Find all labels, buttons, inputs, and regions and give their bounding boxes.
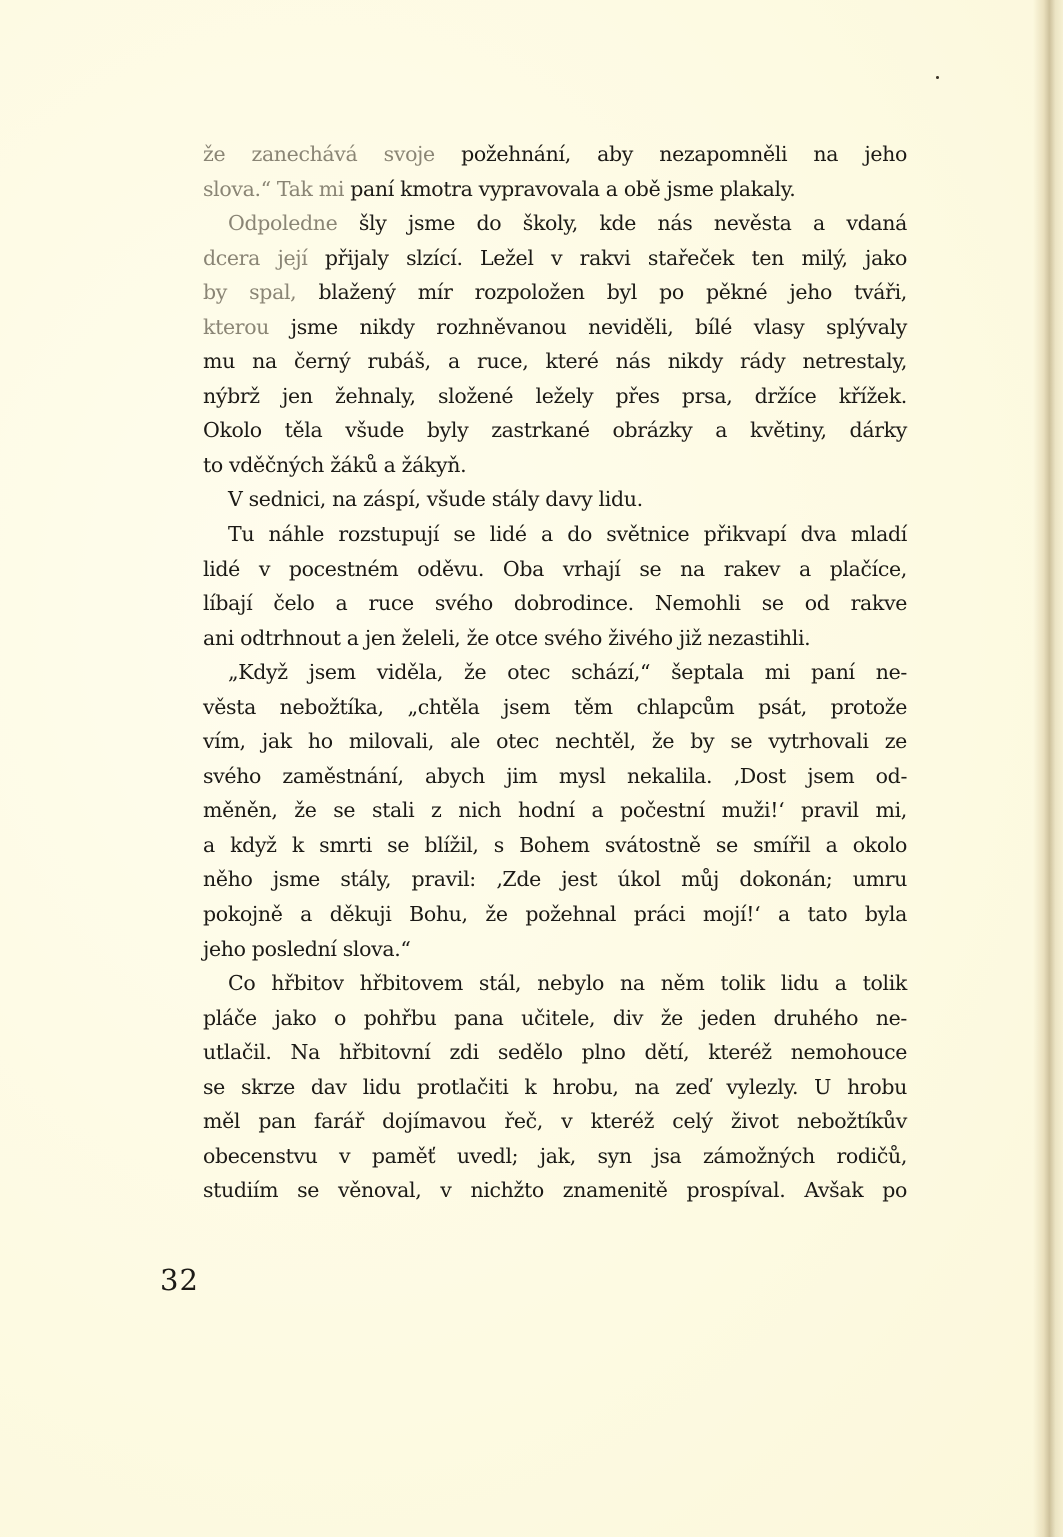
text-line: slova.“ Tak mi paní kmotra vypravovala a…: [203, 172, 907, 207]
line-text: lidé v pocestném oděvu. Oba vrhají se na…: [203, 557, 907, 581]
text-line: mu na černý rubáš, a ruce, které nás nik…: [203, 344, 907, 379]
line-text: vím, jak ho milovali, ale otec nechtěl, …: [203, 729, 907, 753]
line-text: utlačil. Na hřbitovní zdi sedělo plno dě…: [203, 1040, 907, 1064]
line-text: Tu náhle rozstupují se lidé a do světnic…: [228, 522, 907, 546]
line-text: líbají čelo a ruce svého dobrodince. Nem…: [203, 591, 907, 615]
text-line: lidé v pocestném oděvu. Oba vrhají se na…: [203, 552, 907, 587]
text-line: vím, jak ho milovali, ale otec nechtěl, …: [203, 724, 907, 759]
text-line: jeho poslední slova.“: [203, 932, 907, 967]
body-text: že zanechává svoje požehnání, aby nezapo…: [203, 137, 907, 1208]
text-line: kterou jsme nikdy rozhněvanou neviděli, …: [203, 310, 907, 345]
text-line: by spal, blažený mír rozpoložen byl po p…: [203, 275, 907, 310]
line-text: nýbrž jen žehnaly, složené ležely přes p…: [203, 384, 907, 408]
faded-text: kterou: [203, 315, 291, 339]
line-text: paní kmotra vypravovala a obě jsme plaka…: [350, 177, 795, 201]
text-line: pláče jako o pohřbu pana učitele, div že…: [203, 1001, 907, 1036]
line-text: V sednici, na záspí, všude stály davy li…: [228, 487, 643, 511]
line-text: věsta nebožtíka, „chtěla jsem těm chlapc…: [203, 695, 907, 719]
text-line: nýbrž jen žehnaly, složené ležely přes p…: [203, 379, 907, 414]
text-line: měl pan farář dojímavou řeč, v kteréž ce…: [203, 1104, 907, 1139]
line-text: šly jsme do školy, kde nás nevěsta a vda…: [359, 211, 907, 235]
faded-text: by spal,: [203, 280, 318, 304]
text-line: pokojně a děkuji Bohu, že požehnal práci…: [203, 897, 907, 932]
text-line: ani odtrhnout a jen želeli, že otce svéh…: [203, 621, 907, 656]
text-line: obecenstvu v paměť uvedl; jak, syn jsa z…: [203, 1139, 907, 1174]
text-line: Odpoledne šly jsme do školy, kde nás nev…: [203, 206, 907, 241]
text-line: měněn, že se stali z nich hodní a počest…: [203, 793, 907, 828]
paper-speck: [936, 76, 939, 79]
line-text: svého zaměstnání, abych jim mysl nekalil…: [203, 764, 907, 788]
faded-text: Odpoledne: [228, 211, 359, 235]
text-line: utlačil. Na hřbitovní zdi sedělo plno dě…: [203, 1035, 907, 1070]
faded-text: že zanechává svoje: [203, 142, 461, 166]
text-line: Okolo těla všude byly zastrkané obrázky …: [203, 413, 907, 448]
text-line: líbají čelo a ruce svého dobrodince. Nem…: [203, 586, 907, 621]
line-text: to vděčných žáků a žákyň.: [203, 453, 466, 477]
line-text: ani odtrhnout a jen želeli, že otce svéh…: [203, 626, 810, 650]
line-text: pokojně a děkuji Bohu, že požehnal práci…: [203, 902, 907, 926]
line-text: požehnání, aby nezapomněli na jeho: [461, 142, 907, 166]
text-line: svého zaměstnání, abych jim mysl nekalil…: [203, 759, 907, 794]
text-line: něho jsme stály, pravil: ‚Zde jest úkol …: [203, 862, 907, 897]
line-text: jeho poslední slova.“: [203, 937, 411, 961]
faded-text: slova.“ Tak mi: [203, 177, 350, 201]
text-line: Co hřbitov hřbitovem stál, nebylo na něm…: [203, 966, 907, 1001]
text-line: věsta nebožtíka, „chtěla jsem těm chlapc…: [203, 690, 907, 725]
text-line: „Když jsem viděla, že otec schází,“ šept…: [203, 655, 907, 690]
line-text: jsme nikdy rozhněvanou neviděli, bílé vl…: [291, 315, 907, 339]
text-line: dcera její přijaly slzící. Ležel v rakvi…: [203, 241, 907, 276]
line-text: něho jsme stály, pravil: ‚Zde jest úkol …: [203, 867, 907, 891]
line-text: obecenstvu v paměť uvedl; jak, syn jsa z…: [203, 1144, 907, 1168]
book-page: že zanechává svoje požehnání, aby nezapo…: [0, 0, 1063, 1537]
line-text: měněn, že se stali z nich hodní a počest…: [203, 798, 907, 822]
text-line: studiím se věnoval, v nichžto znamenitě …: [203, 1173, 907, 1208]
line-text: měl pan farář dojímavou řeč, v kteréž ce…: [203, 1109, 907, 1133]
text-line: a když k smrti se blížil, s Bohem svátos…: [203, 828, 907, 863]
line-text: Co hřbitov hřbitovem stál, nebylo na něm…: [228, 971, 907, 995]
line-text: „Když jsem viděla, že otec schází,“ šept…: [228, 660, 907, 684]
faded-text: dcera její: [203, 246, 325, 270]
text-line: Tu náhle rozstupují se lidé a do světnic…: [203, 517, 907, 552]
line-text: Okolo těla všude byly zastrkané obrázky …: [203, 418, 907, 442]
binding-shadow: [1033, 0, 1063, 1537]
line-text: studiím se věnoval, v nichžto znamenitě …: [203, 1178, 907, 1202]
line-text: blažený mír rozpoložen byl po pěkné jeho…: [318, 280, 907, 304]
text-line: se skrze dav lidu protlačiti k hrobu, na…: [203, 1070, 907, 1105]
line-text: mu na černý rubáš, a ruce, které nás nik…: [203, 349, 907, 373]
line-text: přijaly slzící. Ležel v rakvi stařeček t…: [325, 246, 907, 270]
line-text: a když k smrti se blížil, s Bohem svátos…: [203, 833, 907, 857]
line-text: se skrze dav lidu protlačiti k hrobu, na…: [203, 1075, 907, 1099]
text-line: že zanechává svoje požehnání, aby nezapo…: [203, 137, 907, 172]
line-text: pláče jako o pohřbu pana učitele, div že…: [203, 1006, 907, 1030]
text-line: V sednici, na záspí, všude stály davy li…: [203, 482, 907, 517]
text-line: to vděčných žáků a žákyň.: [203, 448, 907, 483]
page-number: 32: [160, 1263, 199, 1297]
